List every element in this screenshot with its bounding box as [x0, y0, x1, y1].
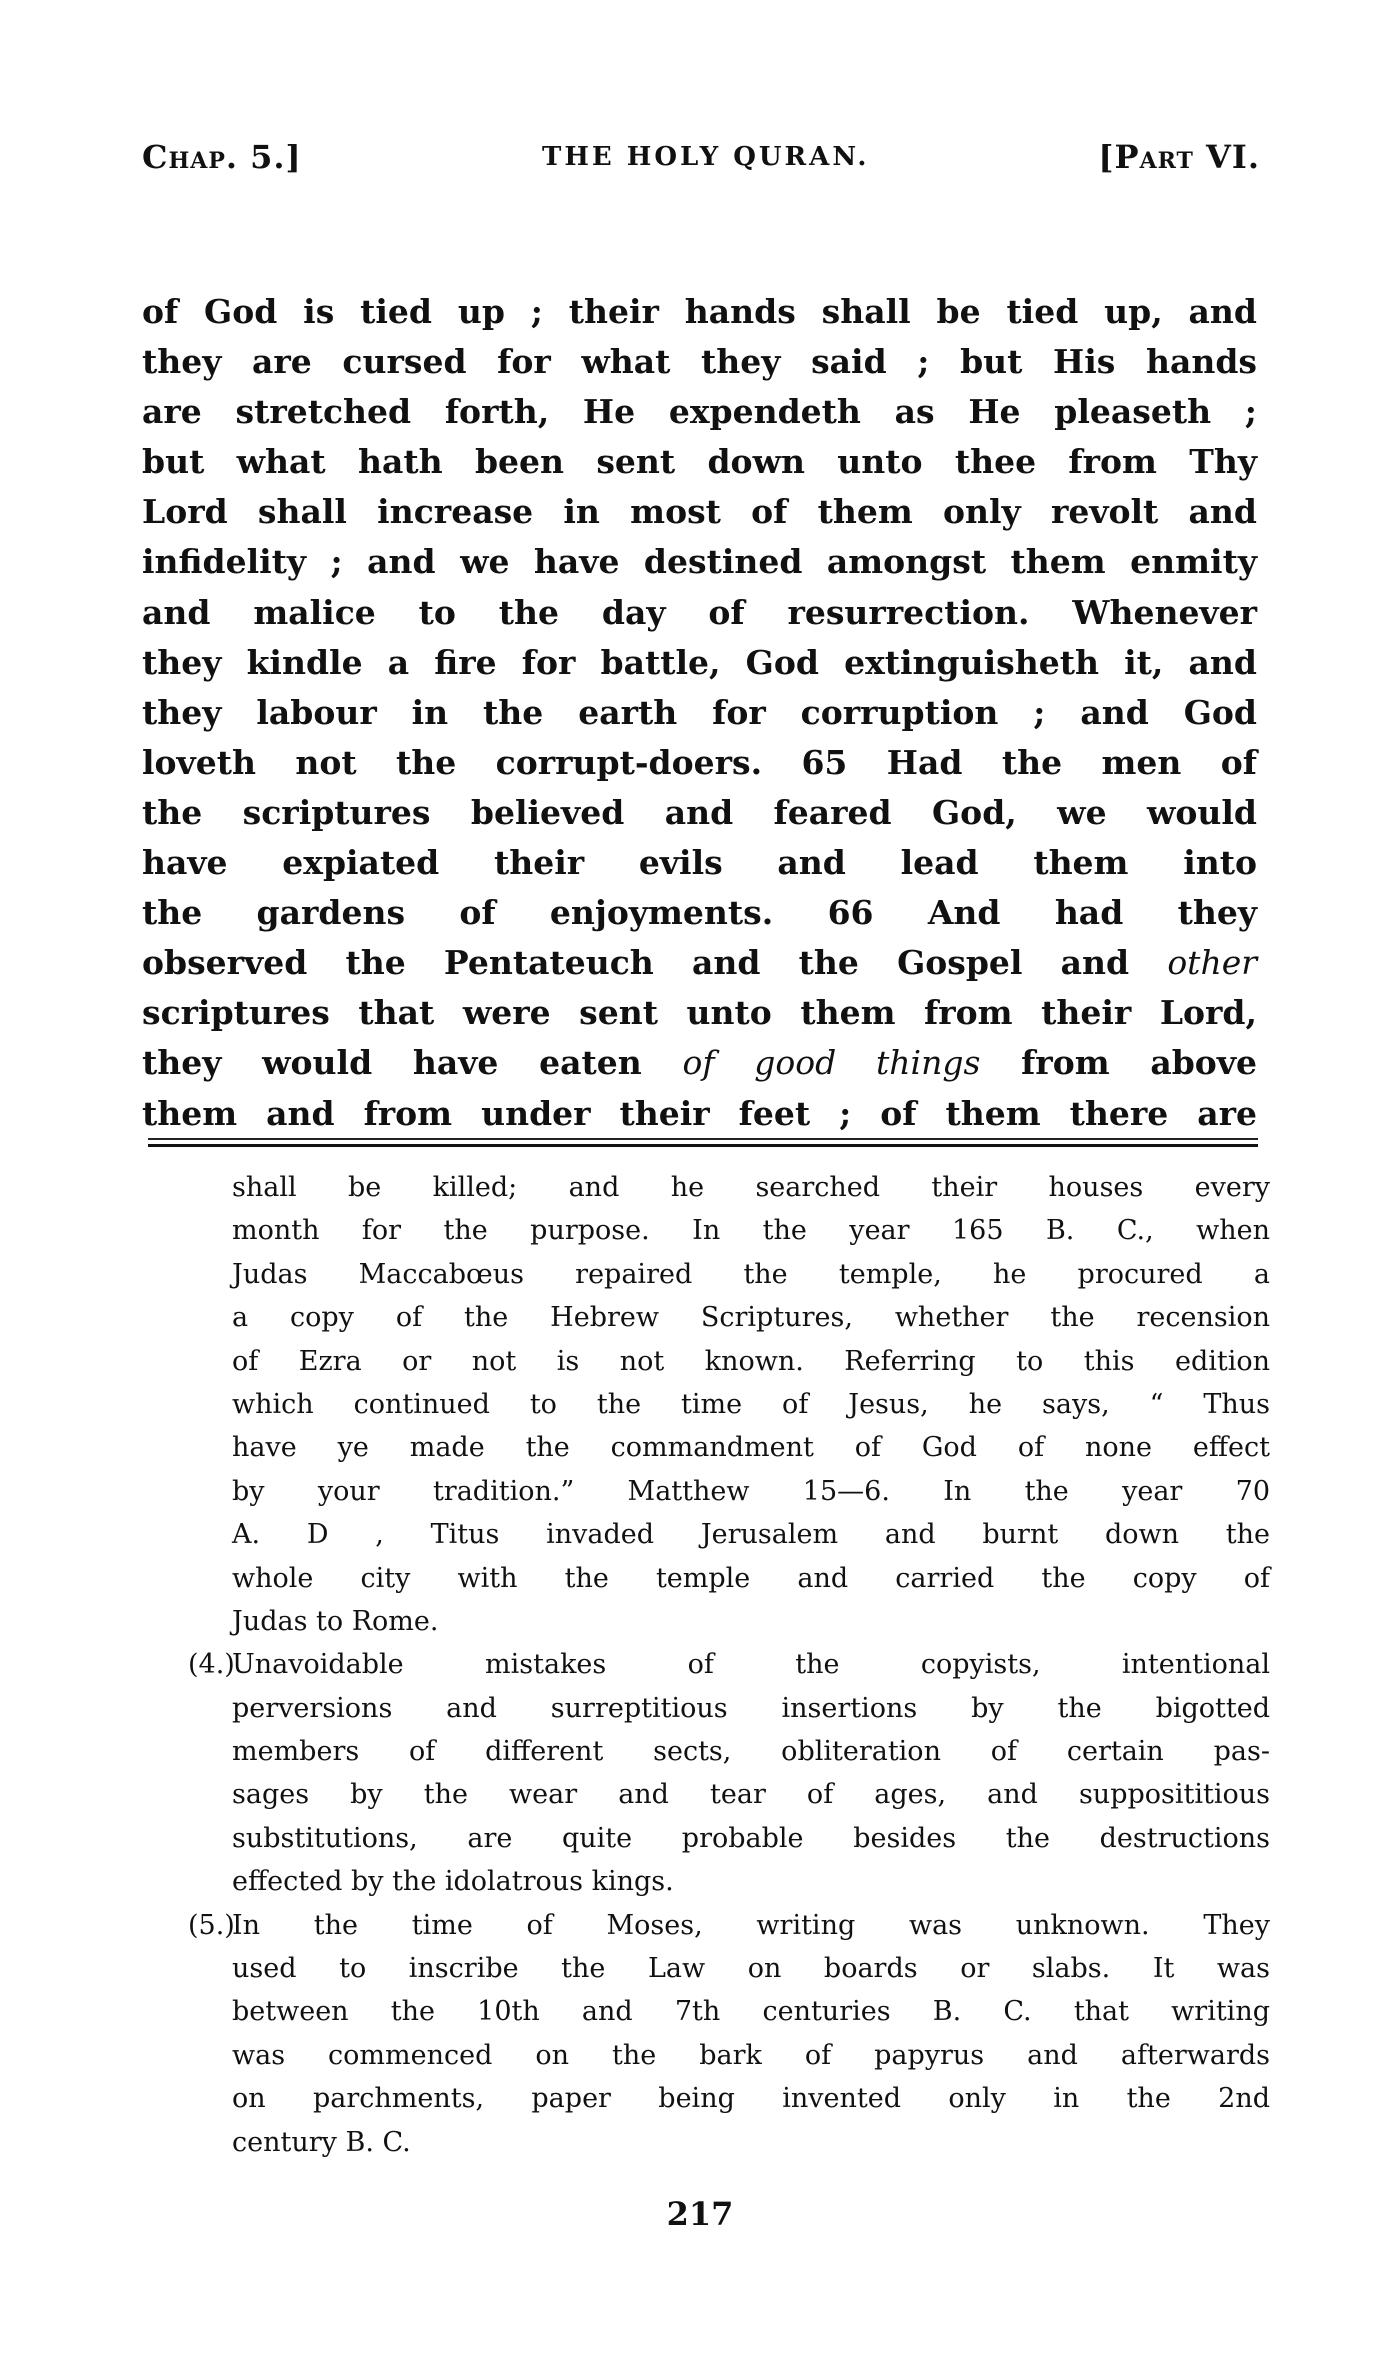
- footnote-line: sages by the wear and tear of ages, and …: [188, 1773, 1270, 1816]
- footnote-line: shall be killed; and he searched their h…: [188, 1166, 1270, 1209]
- text-line: scriptures that were sent unto them from…: [142, 988, 1257, 1038]
- text-line: them and from under their feet ; of them…: [142, 1089, 1257, 1139]
- footnote-line: month for the purpose. In the year 165 B…: [188, 1209, 1270, 1252]
- footnote-4-first-line: (4.) Unavoidable mistakes of the copyist…: [188, 1643, 1270, 1686]
- footnote-line: used to inscribe the Law on boards or sl…: [188, 1947, 1270, 1990]
- text-run: they would have eaten: [142, 1043, 682, 1082]
- footnote-line: of Ezra or not is not known. Referring t…: [188, 1340, 1270, 1383]
- footnotes: shall be killed; and he searched their h…: [188, 1166, 1270, 2164]
- part-label: [Part VI.: [1098, 132, 1260, 182]
- footnote-line: by your tradition.” Matthew 15—6. In the…: [188, 1470, 1270, 1513]
- text-line: and malice to the day of resurrection. W…: [142, 588, 1257, 638]
- footnote-5-first-line: (5.) In the time of Moses, writing was u…: [188, 1904, 1270, 1947]
- text-line: Lord shall increase in most of them only…: [142, 487, 1257, 537]
- footnote-line: which continued to the time of Jesus, he…: [188, 1383, 1270, 1426]
- text-line: loveth not the corrupt-doers. 65 Had the…: [142, 738, 1257, 788]
- footnote-line: was commenced on the bark of papyrus and…: [188, 2034, 1270, 2077]
- text-line: have expiated their evils and lead them …: [142, 838, 1257, 888]
- footnote-line: between the 10th and 7th centuries B. C.…: [188, 1990, 1270, 2033]
- footnote-line: members of different sects, obliteration…: [188, 1730, 1270, 1773]
- running-head: Chap. 5.] The Holy Quran. [Part VI.: [142, 132, 1260, 182]
- footnote-line: effected by the idolatrous kings.: [188, 1860, 1270, 1903]
- text-line: the gardens of enjoyments. 66 And had th…: [142, 888, 1257, 938]
- footnote-number: (5.): [188, 1904, 232, 1947]
- footnote-number: (4.): [188, 1643, 232, 1686]
- rule-line: [148, 1144, 1258, 1147]
- footnote-line: a copy of the Hebrew Scriptures, whether…: [188, 1296, 1270, 1339]
- footnote-line: Judas Maccabœus repaired the temple, he …: [188, 1253, 1270, 1296]
- book-title: The Holy Quran.: [542, 132, 869, 182]
- footnote-text: In the time of Moses, writing was unknow…: [232, 1904, 1270, 1947]
- text-line: they would have eaten of good things fro…: [142, 1038, 1257, 1088]
- text-line: they are cursed for what they said ; but…: [142, 337, 1257, 387]
- footnote-line: Judas to Rome.: [188, 1600, 1270, 1643]
- italic-insertion: other: [1167, 943, 1257, 982]
- footnote-line: on parchments, paper being invented only…: [188, 2077, 1270, 2120]
- book-page: Chap. 5.] The Holy Quran. [Part VI. of G…: [0, 0, 1400, 2360]
- text-line: they labour in the earth for corruption …: [142, 688, 1257, 738]
- footnote-line: substitutions, are quite probable beside…: [188, 1817, 1270, 1860]
- text-run: observed the Pentateuch and the Gospel a…: [142, 943, 1167, 982]
- text-line: but what hath been sent down unto thee f…: [142, 437, 1257, 487]
- footnote-line: have ye made the commandment of God of n…: [188, 1426, 1270, 1469]
- footnote-line: whole city with the temple and carried t…: [188, 1557, 1270, 1600]
- text-line: infidelity ; and we have destined amongs…: [142, 537, 1257, 587]
- italic-insertion: of good things: [682, 1043, 980, 1082]
- text-line: are stretched forth, He expendeth as He …: [142, 387, 1257, 437]
- rule-line: [148, 1138, 1258, 1140]
- footnote-line: century B. C.: [188, 2121, 1270, 2164]
- text-line: the scriptures believed and feared God, …: [142, 788, 1257, 838]
- page-number: 217: [0, 2192, 1400, 2236]
- text-run: from above: [980, 1043, 1257, 1082]
- chapter-label: Chap. 5.]: [142, 132, 302, 182]
- footnote-separator: [148, 1138, 1258, 1147]
- footnote-text: Unavoidable mistakes of the copyists, in…: [232, 1643, 1270, 1686]
- main-text: of God is tied up ; their hands shall be…: [142, 287, 1257, 1139]
- footnote-line: A. D , Titus invaded Jerusalem and burnt…: [188, 1513, 1270, 1556]
- text-line: they kindle a fire for battle, God extin…: [142, 638, 1257, 688]
- text-line: of God is tied up ; their hands shall be…: [142, 287, 1257, 337]
- footnote-line: perversions and surreptitious insertions…: [188, 1687, 1270, 1730]
- text-line: observed the Pentateuch and the Gospel a…: [142, 938, 1257, 988]
